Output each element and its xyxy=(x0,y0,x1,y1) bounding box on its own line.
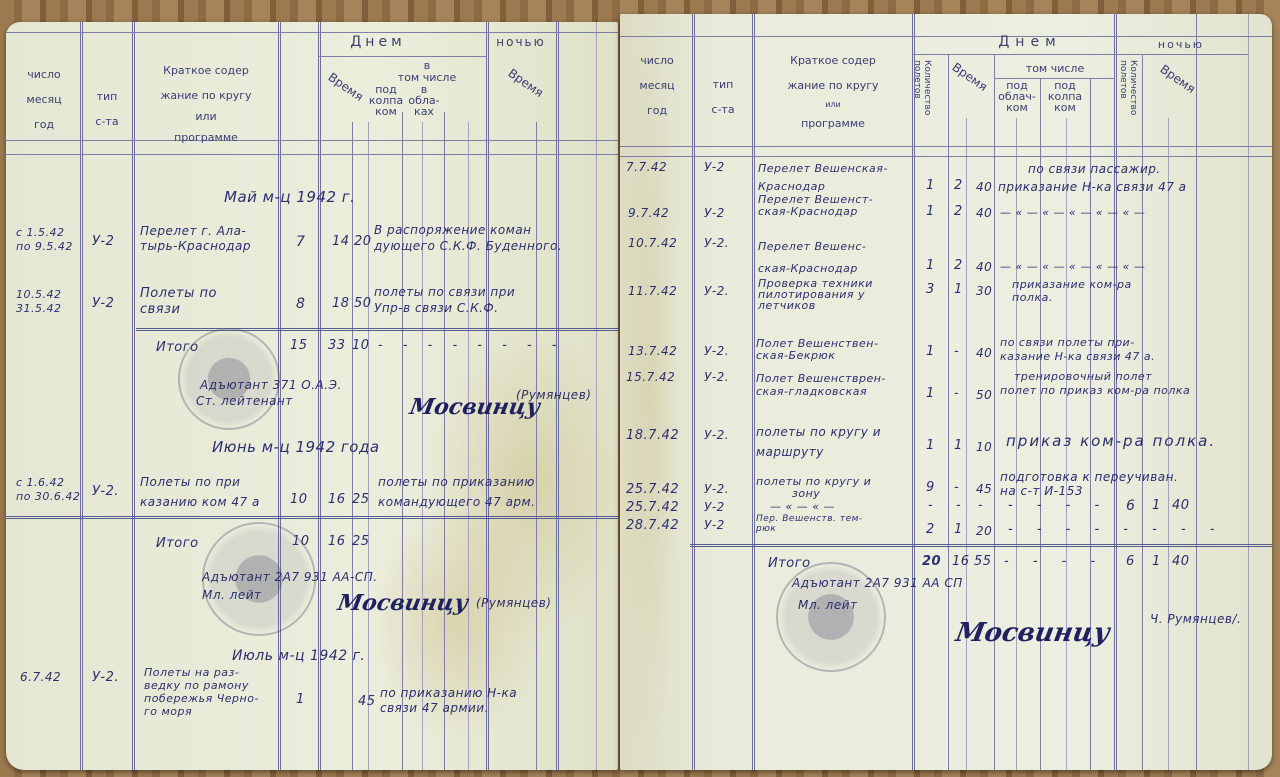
certification-line1: Адъютант 371 О.А.Э. xyxy=(200,378,342,392)
total-hours: 16 xyxy=(952,554,970,569)
header-content: Краткое содержание по кругуилипрограмме xyxy=(134,62,278,146)
total-minutes: 55 xyxy=(974,554,992,569)
row-minutes: 50 xyxy=(354,296,372,311)
row-date: 25.7.42 xyxy=(626,482,679,497)
row-content: — « — « — xyxy=(770,500,835,513)
row-flights: 1 xyxy=(926,258,935,273)
row-minutes: 30 xyxy=(976,284,992,298)
row-hours: - xyxy=(954,480,959,495)
header-aircraft-type: типс-та xyxy=(694,76,752,118)
signature: Мосвинцу xyxy=(336,590,470,616)
row-minutes: 40 xyxy=(976,180,992,194)
row-content: Полет Вешенстврен-ская-гладковская xyxy=(756,372,886,398)
certification-line2: Мл. лейт xyxy=(202,588,262,602)
row-date: 6.7.42 xyxy=(20,670,61,684)
row-hours: 2 xyxy=(954,204,963,219)
total-flights: 15 xyxy=(290,338,308,353)
row-aircraft: У-2 xyxy=(704,518,725,532)
row-content: Пер. Вешенств. тем-рюк xyxy=(756,514,863,534)
row-aircraft: У-2. xyxy=(704,428,729,442)
row-hours: 2 xyxy=(954,178,963,193)
row-hours: - xyxy=(954,386,959,401)
row-date: 25.7.42 xyxy=(626,500,679,515)
row-minutes: 20 xyxy=(976,524,992,538)
row-content: Проверка техникипилотирования улетчиков xyxy=(758,278,873,311)
row-aircraft: У-2 xyxy=(92,234,114,249)
row-remarks: - - - - xyxy=(1008,498,1109,513)
row-remarks: приказ ком-ра полка. xyxy=(1006,432,1216,450)
row-flights: 3 xyxy=(926,282,935,297)
row-flights: 1 xyxy=(926,204,935,219)
row-remarks: подготовка к переучиван.на с-т И-153 xyxy=(1000,470,1178,498)
row-minutes: 20 xyxy=(354,234,372,249)
total-flights: 20 xyxy=(922,554,941,569)
header-day-time: Время xyxy=(950,60,990,94)
row-aircraft: У-2. xyxy=(704,236,729,250)
total-hours: 16 xyxy=(328,534,346,549)
row-hours: 1 xyxy=(954,282,963,297)
row-flights: 1 xyxy=(926,386,935,401)
row-remarks: полеты по приказаниюкомандующего 47 арм. xyxy=(378,472,535,512)
row-flights: - xyxy=(928,498,933,513)
signature: Мосвинцу xyxy=(953,618,1112,648)
row-date: 15.7.42 xyxy=(626,370,675,384)
total-minutes: 10 xyxy=(352,338,370,353)
total-night-hours: 1 xyxy=(1152,554,1161,569)
certification-line1: Адъютант 2А7 931 АА-СП. xyxy=(202,570,378,584)
row-flights: 8 xyxy=(296,296,305,312)
header-day-count: Количествополетов xyxy=(912,60,932,115)
row-date: с 1.6.42по 30.6.42 xyxy=(16,476,80,504)
row-hours: 14 xyxy=(332,234,350,249)
row-content: Перелет Вешенс-ская-Краснодар xyxy=(758,236,866,280)
header-night-count: Количествополетов xyxy=(1118,60,1138,115)
row-flights: 7 xyxy=(296,234,305,250)
row-minutes: 45 xyxy=(358,694,376,709)
row-hours: - xyxy=(954,344,959,359)
row-minutes: 45 xyxy=(976,482,992,496)
header-under-cap: подколпаком xyxy=(1040,80,1090,113)
row-content: Перелет г. Ала-тырь-Краснодар xyxy=(140,224,251,254)
row-night-flights: 6 xyxy=(1126,498,1135,514)
certification-line2: Ст. лейтенант xyxy=(196,394,293,408)
header-night-time: Время xyxy=(506,66,546,100)
header-in-clouds: подоблач-ком xyxy=(994,80,1040,113)
row-remarks: - - - - - - - - xyxy=(1008,522,1224,537)
total-night-flights: 6 xyxy=(1126,554,1135,569)
row-remarks: — « — « — « — « — « — xyxy=(1000,260,1145,273)
header-night-group: ночью xyxy=(1114,36,1248,53)
row-content: Полет Вешенствен-ская-Бекрюк xyxy=(756,338,878,362)
row-hours: 18 xyxy=(332,296,350,311)
row-date: с 1.5.42по 9.5.42 xyxy=(16,226,73,254)
row-content: полеты по кругу изону xyxy=(756,476,871,500)
row-content: полеты по кругу имаршруту xyxy=(756,422,881,462)
certification-name: (Румянцев) xyxy=(476,596,551,610)
row-minutes: 25 xyxy=(352,492,370,507)
header-day-group: Днем xyxy=(950,34,1110,51)
row-content: Перелет Вешенская-Краснодар xyxy=(758,160,888,196)
row-flights: 1 xyxy=(926,178,935,193)
row-remarks: по связи полеты при-казание Н-ка связи 4… xyxy=(1000,336,1155,364)
left-logbook-page: числомесяцгод типс-та Краткое содержание… xyxy=(6,22,618,770)
row-minutes: 50 xyxy=(976,388,992,402)
row-content: Перелет Вешенст-ская-Краснодар xyxy=(758,194,873,218)
month-heading-july: Июль м-ц 1942 г. xyxy=(232,648,365,664)
header-day-group: Днем xyxy=(318,34,438,51)
row-night-minutes: 40 xyxy=(1172,498,1190,513)
row-date: 7.7.42 xyxy=(626,160,667,174)
row-date: 18.7.42 xyxy=(626,428,679,443)
row-flights: 1 xyxy=(926,438,935,453)
total-label: Итого xyxy=(156,536,199,551)
row-aircraft: У-2. xyxy=(704,370,729,384)
header-date: числомесяцгод xyxy=(622,52,692,119)
row-content: Полеты посвязи xyxy=(140,286,217,318)
row-hours: - xyxy=(956,498,961,513)
row-aircraft: У-2 xyxy=(704,206,725,220)
row-hours: 1 xyxy=(954,438,963,453)
header-under-cap: подколпаком xyxy=(368,84,404,117)
row-minutes: 40 xyxy=(976,260,992,274)
month-heading-may: Май м-ц 1942 г. xyxy=(224,188,355,206)
certification-line2: Мл. лейт xyxy=(798,598,858,612)
certification-name: (Румянцев) xyxy=(516,388,591,402)
row-flights: 1 xyxy=(296,692,305,707)
row-aircraft: У-2. xyxy=(704,344,729,358)
row-date: 10.5.4231.5.42 xyxy=(16,288,62,316)
header-night-group: ночью xyxy=(486,34,556,51)
row-remarks: приказание ком-раполка. xyxy=(1012,278,1132,304)
total-hours: 33 xyxy=(328,338,346,353)
row-flights: 2 xyxy=(926,522,935,537)
row-aircraft: У-2 xyxy=(92,296,114,311)
row-date: 28.7.42 xyxy=(626,518,679,533)
row-date: 10.7.42 xyxy=(628,236,677,250)
row-night-hours: 1 xyxy=(1152,498,1161,513)
row-minutes: 40 xyxy=(976,206,992,220)
row-aircraft: У-2 xyxy=(704,500,725,514)
row-remarks: тренировочный полетполет по приказ ком-р… xyxy=(1000,370,1190,398)
row-aircraft: У-2. xyxy=(704,284,729,298)
row-flights: 1 xyxy=(926,344,935,359)
row-hours: 1 xyxy=(954,522,963,537)
total-dashes: - - - - xyxy=(1004,554,1105,569)
certification-line1: Адъютант 2А7 931 АА СП xyxy=(792,576,963,590)
header-date: числомесяцгод xyxy=(8,66,80,133)
row-aircraft: У-2. xyxy=(704,482,729,496)
header-content: Краткое содержание по кругуилипрограмме xyxy=(754,52,912,132)
row-remarks: полеты по связи приУпр-в связи С.К.Ф. xyxy=(374,284,515,316)
header-night-time: Время xyxy=(1158,62,1198,96)
row-remarks: по приказанию Н-касвязи 47 армии. xyxy=(380,686,517,716)
row-content: Полеты по приказанию ком 47 а xyxy=(140,472,260,512)
total-minutes: 25 xyxy=(352,534,370,549)
row-date: 13.7.42 xyxy=(628,344,677,358)
header-incl: втом числе xyxy=(368,60,486,84)
row-minutes: 10 xyxy=(976,440,992,454)
header-aircraft-type: типс-та xyxy=(82,88,132,130)
row-remarks: по связи пассажир.приказание Н-ка связи … xyxy=(998,160,1187,196)
row-content: Полеты на раз-ведку по рамонупобережья Ч… xyxy=(144,666,259,718)
row-minutes: - xyxy=(978,498,983,513)
row-aircraft: У-2. xyxy=(92,670,119,685)
row-aircraft: У-2 xyxy=(704,160,725,174)
month-heading-june: Июнь м-ц 1942 года xyxy=(212,438,380,456)
row-flights: 10 xyxy=(290,492,308,507)
row-date: 11.7.42 xyxy=(628,284,677,298)
header-incl: том числе xyxy=(996,60,1114,77)
total-dashes: - - - - - - - - xyxy=(378,338,564,353)
row-hours: 16 xyxy=(328,492,346,507)
row-hours: 2 xyxy=(954,258,963,273)
row-date: 9.7.42 xyxy=(628,206,669,220)
header-day-time: Время xyxy=(326,70,366,104)
certification-name: Ч. Румянцев/. xyxy=(1150,612,1241,626)
row-flights: 9 xyxy=(926,480,935,495)
row-minutes: 40 xyxy=(976,346,992,360)
row-remarks: — « — « — « — « — « — xyxy=(1000,206,1145,219)
total-night-minutes: 40 xyxy=(1172,554,1190,569)
row-remarks: В распоряжение командующего С.К.Ф. Буден… xyxy=(374,222,562,254)
row-aircraft: У-2. xyxy=(92,484,119,499)
header-in-clouds: вобла-ках xyxy=(404,84,444,117)
right-logbook-page: числомесяцгод типс-та Краткое содержание… xyxy=(620,14,1272,770)
